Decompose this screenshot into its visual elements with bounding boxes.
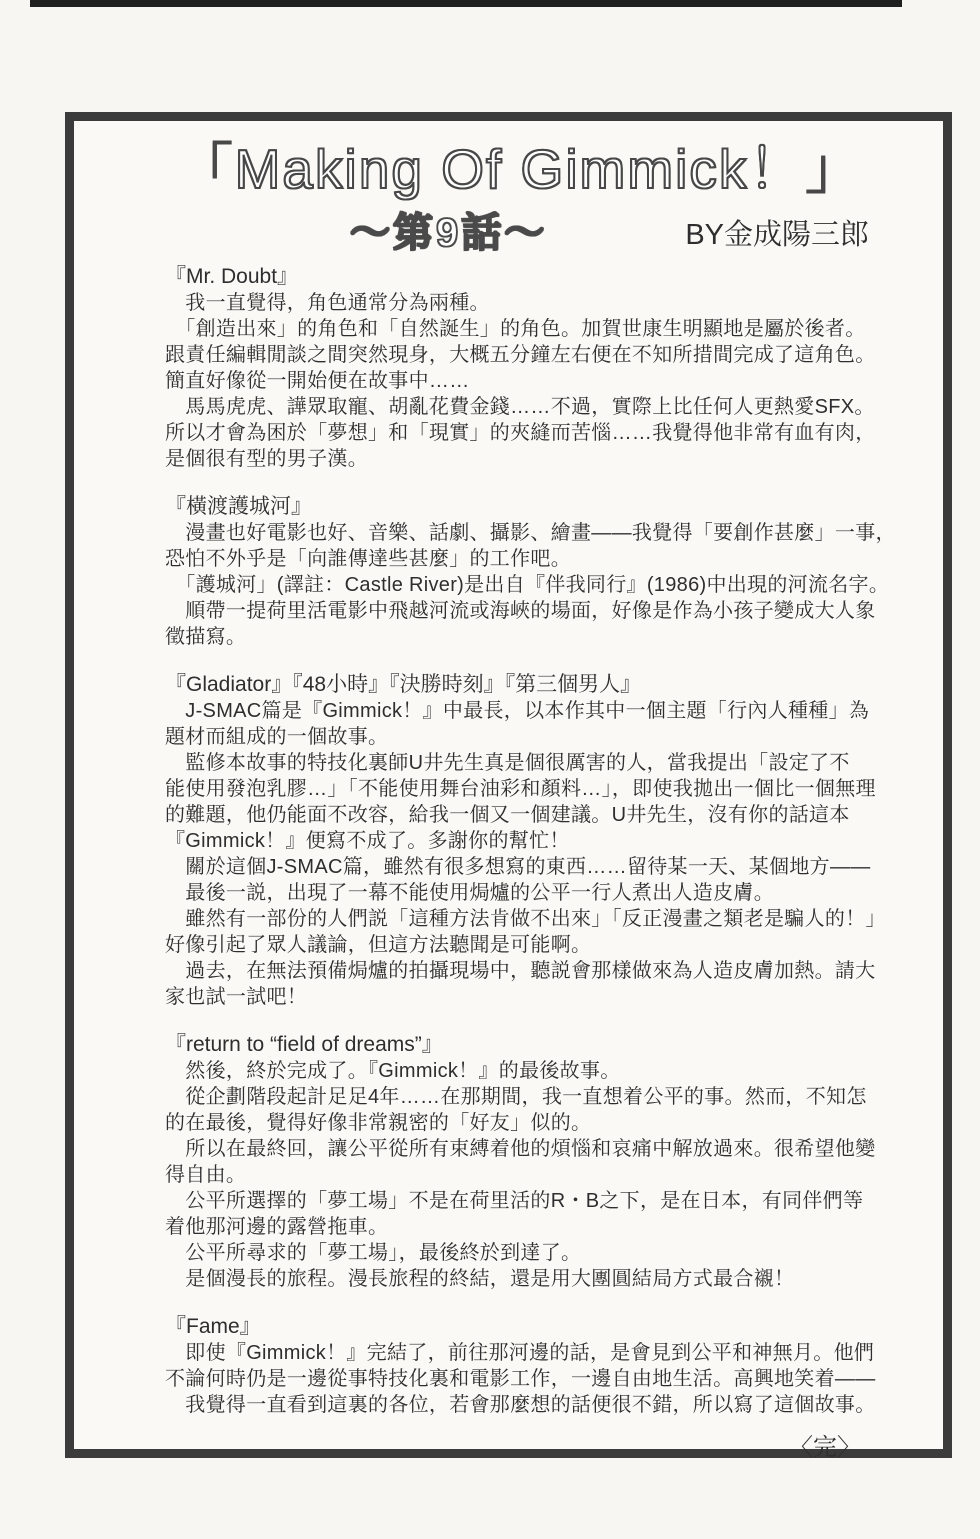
text-line: 過去，在無法預備焗爐的拍攝現場中，聽説會那樣做來為人造皮膚加熱。請大 [165, 958, 875, 984]
text-line: 所以在最終回，讓公平從所有束縛着他的煩惱和哀痛中解放過來。很希望他變 [165, 1136, 875, 1162]
text-line: 家也試一試吧！ [165, 984, 875, 1010]
text-line: 我一直覺得，角色通常分為兩種。 [165, 290, 875, 316]
text-line: 題材而組成的一個故事。 [165, 724, 875, 750]
text-line: 能使用發泡乳膠…」「不能使用舞台油彩和顏料…」，即使我拋出一個比一個無理 [165, 776, 875, 802]
text-line: 不論何時仍是一邊從事特技化裏和電影工作，一邊自由地生活。高興地笑着—— [165, 1366, 875, 1392]
page-title: 「Making Of Gimmick！」 [165, 133, 875, 205]
text-line: 雖然有一部份的人們説「這種方法肯做不出來」「反正漫畫之類老是騙人的！」 [165, 906, 875, 932]
text-line: 的難題，他仍能面不改容，給我一個又一個建議。U井先生，沒有你的話這本 [165, 802, 875, 828]
text-line: 公平所選擇的「夢工場」不是在荷里活的R・B之下，是在日本，有同伴們等 [165, 1188, 875, 1214]
section-3: 『return to “field of dreams”』 然後，終於完成了。『… [165, 1031, 875, 1292]
text-line: 『Gimmick！』便寫不成了。多謝你的幫忙！ [165, 828, 875, 854]
section-heading: 『Fame』 [165, 1313, 875, 1340]
subtitle-row: ～第9話～ BY金成陽三郎 [165, 207, 875, 255]
text-line: 好像引起了眾人議論，但這方法聽聞是可能啊。 [165, 932, 875, 958]
text-line: 我覺得一直看到這裏的各位，若會那麼想的話便很不錯，所以寫了這個故事。 [165, 1392, 875, 1418]
end-mark: 〈完〉 [165, 1434, 875, 1462]
text-line: 所以才會為困於「夢想」和「現實」的夾縫而苦惱……我覺得他非常有血有肉， [165, 420, 875, 446]
text-line: 是個很有型的男子漢。 [165, 446, 875, 472]
section-heading: 『Mr. Doubt』 [165, 263, 875, 290]
section-heading: 『return to “field of dreams”』 [165, 1031, 875, 1058]
text-line: J-SMAC篇是『Gimmick！』中最長，以本作其中一個主題「行內人種種」為 [165, 698, 875, 724]
text-line: 跟責任編輯閒談之間突然現身，大概五分鐘左右便在不知所措間完成了這角色。 [165, 342, 875, 368]
text-line: 徵描寫。 [165, 624, 875, 650]
text-line: 順帶一提荷里活電影中飛越河流或海峽的場面，好像是作為小孩子變成大人象 [165, 598, 875, 624]
text-line: 從企劃階段起計足足4年……在那期間，我一直想着公平的事。然而，不知怎 [165, 1084, 875, 1110]
text-line: 着他那河邊的露營拖車。 [165, 1214, 875, 1240]
section-2: 『Gladiator』『48小時』『決勝時刻』『第三個男人』 J-SMAC篇是『… [165, 671, 875, 1010]
section-0: 『Mr. Doubt』 我一直覺得，角色通常分為兩種。 「創造出來」的角色和「自… [165, 263, 875, 472]
chapter-subtitle: ～第9話～ [350, 211, 547, 255]
section-4: 『Fame』 即使『Gimmick！』完結了，前往那河邊的話，是會見到公平和神無… [165, 1313, 875, 1418]
text-line: 即使『Gimmick！』完結了，前往那河邊的話，是會見到公平和神無月。他們 [165, 1340, 875, 1366]
text-line: 監修本故事的特技化裏師U井先生真是個很厲害的人，當我提出「設定了不 [165, 750, 875, 776]
section-1: 『橫渡護城河』 漫畫也好電影也好、音樂、話劇、攝影、繪畫——我覺得「要創作甚麼」… [165, 493, 875, 650]
page-frame: 「Making Of Gimmick！」 ～第9話～ BY金成陽三郎 『Mr. … [65, 112, 952, 1458]
scanned-manga-afterword-page: { "header": { "title": "「Making Of Gimmi… [0, 0, 980, 1539]
text-line: 「護城河」(譯註：Castle River)是出自『伴我同行』(1986)中出現… [165, 572, 875, 598]
text-line: 最後一説，出現了一幕不能使用焗爐的公平一行人煮出人造皮膚。 [165, 880, 875, 906]
text-line: 「創造出來」的角色和「自然誕生」的角色。加賀世康生明顯地是屬於後者。 [165, 316, 875, 342]
text-line: 得自由。 [165, 1162, 875, 1188]
text-line: 馬馬虎虎、譁眾取寵、胡亂花費金錢……不過，實際上比任何人更熱愛SFX。 [165, 394, 875, 420]
text-line: 簡直好像從一開始便在故事中…… [165, 368, 875, 394]
sections-container: 『Mr. Doubt』 我一直覺得，角色通常分為兩種。 「創造出來」的角色和「自… [165, 263, 875, 1418]
section-heading: 『Gladiator』『48小時』『決勝時刻』『第三個男人』 [165, 671, 875, 698]
page-content: 「Making Of Gimmick！」 ～第9話～ BY金成陽三郎 『Mr. … [165, 133, 875, 1462]
text-line: 漫畫也好電影也好、音樂、話劇、攝影、繪畫——我覺得「要創作甚麼」一事， [165, 520, 875, 546]
text-line: 恐怕不外乎是「向誰傳達些甚麼」的工作吧。 [165, 546, 875, 572]
text-line: 關於這個J-SMAC篇，雖然有很多想寫的東西……留待某一天、某個地方—— [165, 854, 875, 880]
text-line: 然後，終於完成了。『Gimmick！』的最後故事。 [165, 1058, 875, 1084]
text-line: 公平所尋求的「夢工場」，最後終於到達了。 [165, 1240, 875, 1266]
author-byline: BY金成陽三郎 [685, 215, 869, 255]
section-heading: 『橫渡護城河』 [165, 493, 875, 520]
scan-edge-artifact [30, 0, 902, 7]
text-line: 是個漫長的旅程。漫長旅程的終結，還是用大團圓結局方式最合襯！ [165, 1266, 875, 1292]
text-line: 的在最後，覺得好像非常親密的「好友」似的。 [165, 1110, 875, 1136]
